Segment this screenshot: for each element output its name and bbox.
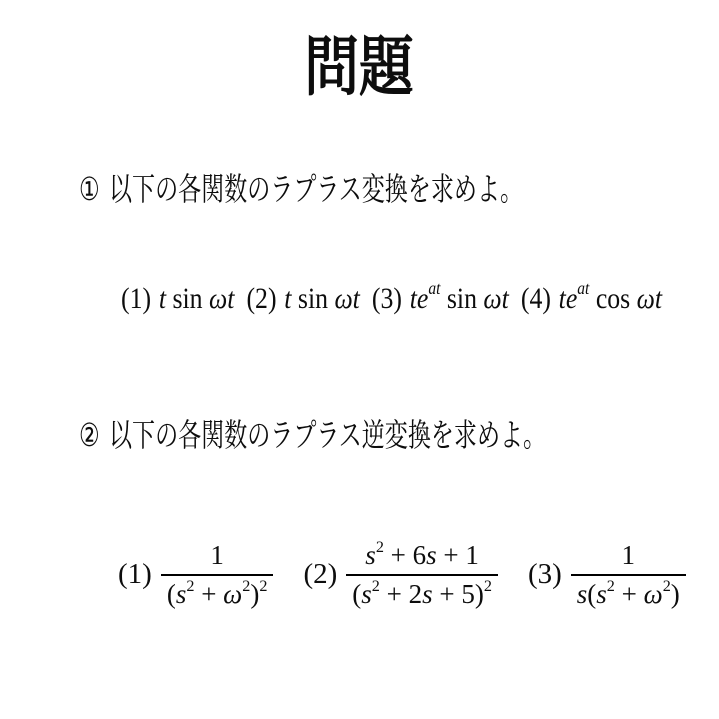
fraction-numerator: 1 xyxy=(616,540,642,574)
math-segment: s xyxy=(577,579,588,609)
problem: (2)t sin ωt xyxy=(246,281,359,317)
math-segment: s xyxy=(426,540,437,570)
fraction-denominator: (s2 + ω2)2 xyxy=(161,574,274,610)
problem-label: (4) xyxy=(521,281,551,317)
fraction-numerator: s2 + 6s + 1 xyxy=(359,540,485,574)
math-segment: ωt xyxy=(483,282,508,315)
problem-label: (2) xyxy=(303,558,337,591)
math-superscript: 2 xyxy=(376,538,384,556)
math-segment: + 2 xyxy=(380,579,422,609)
math-segment: + xyxy=(615,579,644,609)
problem: (1)1(s2 + ω2)2 xyxy=(118,540,273,610)
math-segment: te xyxy=(559,282,578,315)
math-superscript: 2 xyxy=(663,577,671,595)
math-segment: ) xyxy=(250,579,259,609)
section-2-heading-text: 以下の各関数のラプラス逆変換を求めよ。 xyxy=(109,417,546,453)
section-1-heading-content: ①以下の各関数のラプラス変換を求めよ。 xyxy=(79,169,523,211)
math-superscript: 2 xyxy=(242,577,250,595)
section-2-number: ② xyxy=(79,417,100,453)
problem: (3)teat sin ωt xyxy=(372,281,509,317)
math-segment: ωt xyxy=(637,282,662,315)
section-1-problems: (1)t sin ωt(2)t sin ωt(3)teat sin ωt(4)t… xyxy=(121,281,662,317)
problem-label: (1) xyxy=(121,281,151,317)
section-1-heading-text: 以下の各関数のラプラス変換を求めよ。 xyxy=(109,171,523,207)
math-segment: ωt xyxy=(334,282,359,315)
fraction: 1(s2 + ω2)2 xyxy=(161,540,274,610)
math-expression: t sin ωt xyxy=(159,281,235,317)
page-title: 問題 xyxy=(0,34,719,102)
math-superscript: 2 xyxy=(372,577,380,595)
problem: (3)1s(s2 + ω2) xyxy=(528,540,686,610)
math-superscript: at xyxy=(428,278,440,298)
math-segment: ωt xyxy=(209,282,234,315)
page-title-text: 問題 xyxy=(305,34,414,102)
problem-slide: 問題 ①以下の各関数のラプラス変換を求めよ。 (1)t sin ωt(2)t s… xyxy=(0,0,719,719)
math-segment: ( xyxy=(587,579,596,609)
math-segment: sin xyxy=(291,282,334,315)
math-segment: 1 xyxy=(210,540,224,570)
math-superscript: 2 xyxy=(259,577,267,595)
math-segment: ( xyxy=(352,579,361,609)
math-segment: ) xyxy=(671,579,680,609)
math-segment: + 6 xyxy=(384,540,426,570)
math-segment: s xyxy=(361,579,372,609)
math-segment: + 5) xyxy=(433,579,484,609)
problem: (1)t sin ωt xyxy=(121,281,234,317)
section-2-heading-content: ②以下の各関数のラプラス逆変換を求めよ。 xyxy=(79,415,546,457)
section-2-problems: (1)1(s2 + ω2)2(2)s2 + 6s + 1(s2 + 2s + 5… xyxy=(118,517,686,633)
math-segment: sin xyxy=(166,282,209,315)
math-expression: t sin ωt xyxy=(284,281,360,317)
problem-label: (3) xyxy=(372,281,402,317)
math-expression: teat cos ωt xyxy=(559,281,662,317)
math-segment: s xyxy=(596,579,607,609)
math-segment: s xyxy=(176,579,187,609)
math-expression: teat sin ωt xyxy=(410,281,509,317)
math-segment: ω xyxy=(644,579,663,609)
problem-label: (3) xyxy=(528,558,562,591)
math-segment: cos xyxy=(589,282,636,315)
fraction-denominator: s(s2 + ω2) xyxy=(571,574,686,610)
math-segment: sin xyxy=(440,282,483,315)
problem: (2)s2 + 6s + 1(s2 + 2s + 5)2 xyxy=(303,540,498,610)
math-segment: s xyxy=(422,579,433,609)
problem-label: (1) xyxy=(118,558,152,591)
math-segment: + 1 xyxy=(437,540,479,570)
section-1-number: ① xyxy=(79,171,100,207)
math-segment: te xyxy=(410,282,429,315)
section-2-heading: ②以下の各関数のラプラス逆変換を求めよ。 xyxy=(79,415,719,457)
math-superscript: 2 xyxy=(484,577,492,595)
math-superscript: 2 xyxy=(607,577,615,595)
fraction-denominator: (s2 + 2s + 5)2 xyxy=(346,574,498,610)
section-1-heading: ①以下の各関数のラプラス変換を求めよ。 xyxy=(79,169,696,211)
fraction: 1s(s2 + ω2) xyxy=(571,540,686,610)
math-segment: s xyxy=(365,540,376,570)
math-superscript: 2 xyxy=(186,577,194,595)
fraction-numerator: 1 xyxy=(204,540,230,574)
problem-label: (2) xyxy=(246,281,276,317)
math-segment: ω xyxy=(223,579,242,609)
math-segment: ( xyxy=(167,579,176,609)
math-superscript: at xyxy=(577,278,589,298)
problem: (4)teat cos ωt xyxy=(521,281,662,317)
math-segment: + xyxy=(194,579,223,609)
math-segment: 1 xyxy=(622,540,636,570)
fraction: s2 + 6s + 1(s2 + 2s + 5)2 xyxy=(346,540,498,610)
